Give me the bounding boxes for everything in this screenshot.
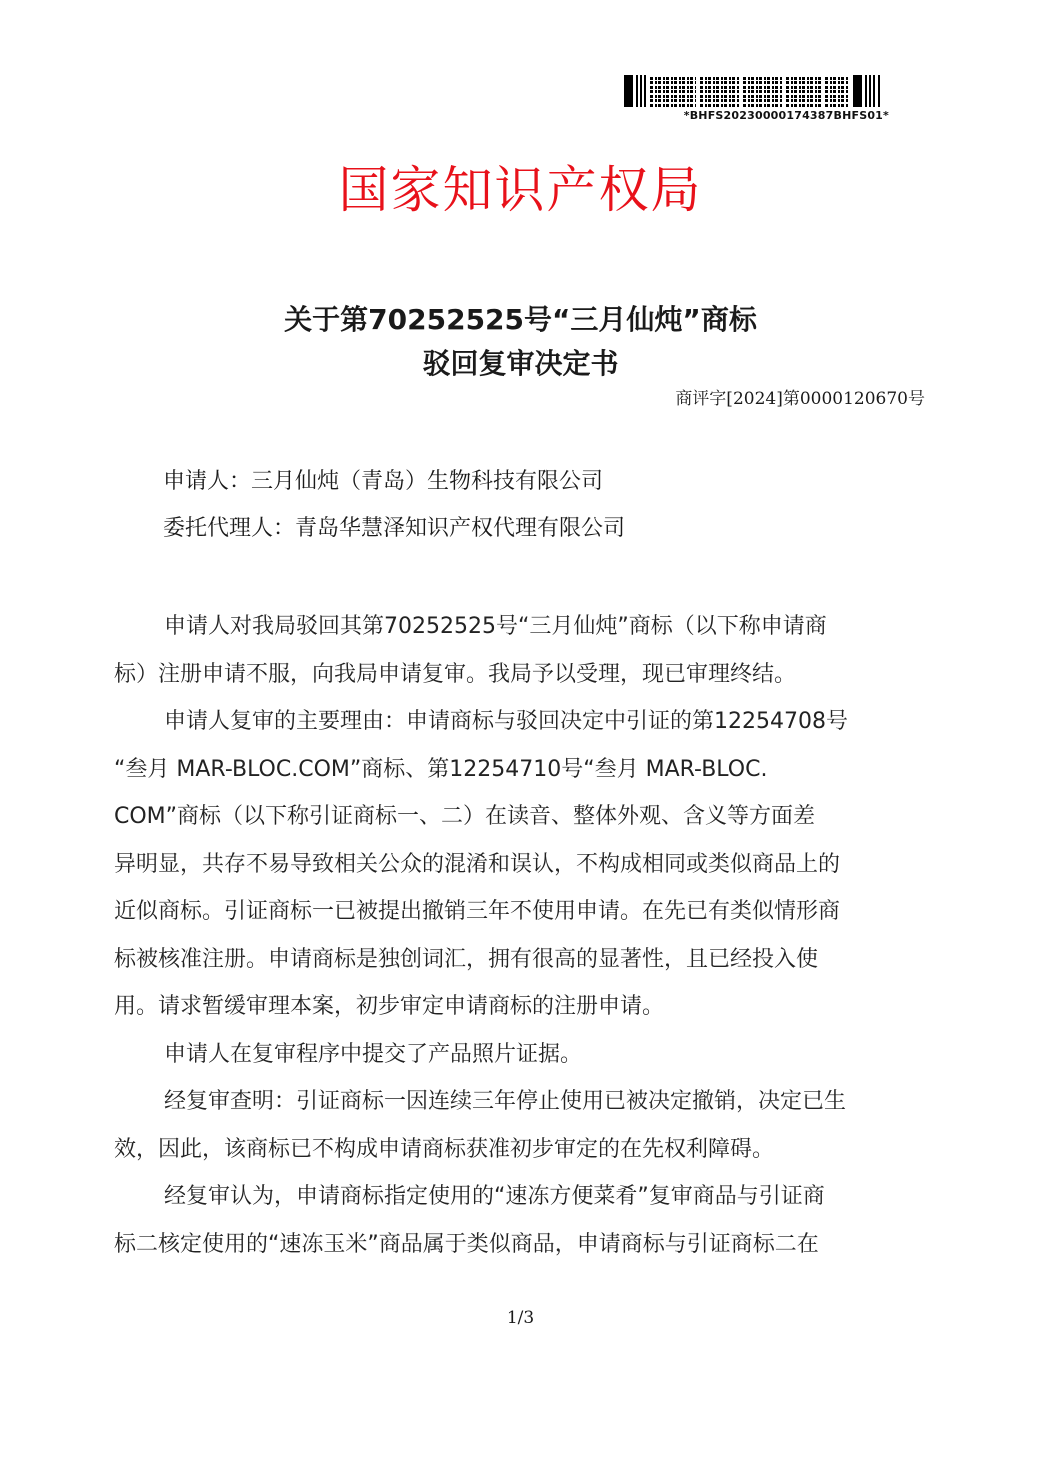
paragraph-line: 标二核定使用的“速冻玉米”商品属于类似商品，申请商标与引证商标二在	[114, 1221, 930, 1269]
page-number: 1/3	[0, 1308, 1041, 1328]
paragraph-line: 异明显，共存不易导致相关公众的混淆和误认，不构成相同或类似商品上的	[114, 841, 930, 889]
decision-body: 申请人对我局驳回其第70252525号“三月仙炖”商标（以下称申请商 标）注册申…	[114, 603, 930, 1268]
paragraph-line: 经复审查明：引证商标一因连续三年停止使用已被决定撤销，决定已生	[114, 1078, 930, 1126]
paragraph-line: 申请人在复审程序中提交了产品照片证据。	[114, 1031, 930, 1079]
paragraph-line: “叁月 MAR-BLOC.COM”商标、第12254710号“叁月 MAR-BL…	[114, 746, 930, 794]
paragraph-line: 近似商标。引证商标一已被提出撤销三年不使用申请。在先已有类似情形商	[114, 888, 930, 936]
paragraph-line: COM”商标（以下称引证商标一、二）在读音、整体外观、含义等方面差	[114, 793, 930, 841]
title-line-2: 驳回复审决定书	[0, 342, 1041, 386]
paragraph-line: 效，因此，该商标已不构成申请商标获准初步审定的在先权利障碍。	[114, 1126, 930, 1174]
paragraph-line: 标）注册申请不服，向我局申请复审。我局予以受理，现已审理终结。	[114, 651, 930, 699]
paragraph-line: 经复审认为，申请商标指定使用的“速冻方便菜肴”复审商品与引证商	[114, 1173, 930, 1221]
title-line-1: 关于第70252525号“三月仙炖”商标	[0, 298, 1041, 342]
applicant: 申请人：三月仙炖（青岛）生物科技有限公司	[163, 466, 603, 498]
paragraph-line: 申请人对我局驳回其第70252525号“三月仙炖”商标（以下称申请商	[114, 603, 930, 651]
paragraph-line: 用。请求暂缓审理本案，初步审定申请商标的注册申请。	[114, 983, 930, 1031]
agent: 委托代理人：青岛华慧泽知识产权代理有限公司	[163, 513, 625, 545]
barcode: *BHFS20230000174387BHFS01*	[624, 75, 889, 122]
barcode-text: *BHFS20230000174387BHFS01*	[624, 109, 889, 122]
paragraph-line: 申请人复审的主要理由：申请商标与驳回决定中引证的第12254708号	[114, 698, 930, 746]
agency-name: 国家知识产权局	[0, 158, 1041, 222]
paragraph-line: 标被核准注册。申请商标是独创词汇，拥有很高的显著性，且已经投入使	[114, 936, 930, 984]
document-number: 商评字[2024]第0000120670号	[675, 386, 925, 412]
document-title: 关于第70252525号“三月仙炖”商标 驳回复审决定书	[0, 298, 1041, 386]
barcode-image	[624, 75, 889, 107]
